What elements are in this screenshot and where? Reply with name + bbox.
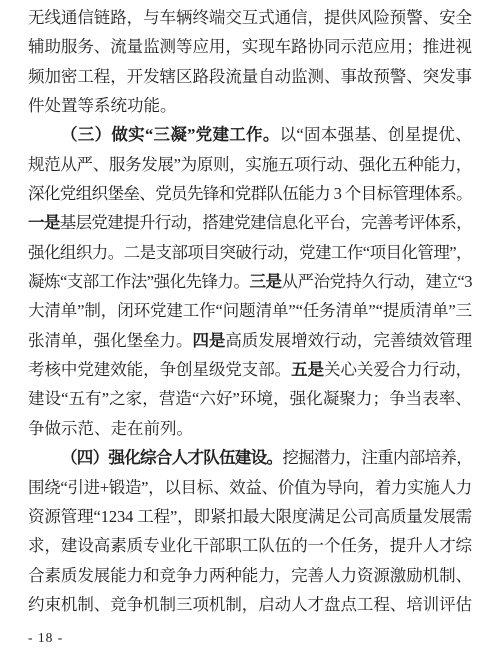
- text-line: （四）强化综合人才队伍建设。挖掘潜力，注重内部培养，: [28, 443, 472, 472]
- page-number-label: - 18 -: [28, 630, 63, 646]
- text-line: 无线通信链路，与车辆终端交互式通信，提供风险预警、安全: [28, 3, 472, 32]
- text-line: 围绕“引进+锻造”，以目标、效益、价值为导向，着力实施人力: [28, 473, 472, 502]
- text-line: 件处置等系统功能。: [28, 91, 472, 120]
- text-run: 围绕“引进+锻造”，以目标、效益、价值为导向，着力实施人力: [28, 478, 472, 497]
- text-run: 张清单，强化堡垒力。: [28, 331, 192, 350]
- text-run: 考核中党建效能，争创星级党支部。: [28, 360, 291, 379]
- text-line: 凝炼“支部工作法”强化先锋力。三是从严治党持久行动，建立“3: [28, 267, 472, 296]
- text-run: 挖掘潜力，注重内部培养，: [282, 448, 472, 467]
- text-line-content: 资源管理“1234 工程”，即紧扣最大限度满足公司高质量发展需: [28, 502, 472, 531]
- text-run: 强化组织力。二是支部项目突破行动，党建工作“项目化管理”，: [28, 243, 472, 262]
- text-line-content: 频加密工程，开发辖区路段流量自动监测、事故预警、突发事: [28, 62, 472, 91]
- bold-text-run: （三）做实“三凝”党建工作。: [61, 125, 280, 144]
- text-line: 考核中党建效能，争创星级党支部。五是关心关爱合力行动，: [28, 355, 472, 384]
- text-run: 关心关爱合力行动，: [324, 360, 472, 379]
- bold-text-run: 一是: [28, 213, 60, 232]
- text-line-content: 深化党组织堡垒、党员先锋和党群队伍能力 3 个目标管理体系。: [28, 179, 472, 208]
- bold-text-run: 五是: [291, 360, 324, 379]
- text-run: 合素质发展能力和竞争力两种能力，完善人力资源激励机制、: [28, 566, 472, 585]
- text-line: 求，建设高素质专业化干部职工队伍的一个任务，提升人才综: [28, 531, 472, 560]
- text-line: 张清单，强化堡垒力。四是高质发展增效行动，完善绩效管理: [28, 326, 472, 355]
- text-line: 争做示范、走在前列。: [28, 414, 472, 443]
- document-body: 无线通信链路，与车辆终端交互式通信，提供风险预警、安全辅助服务、流量监测等应用，…: [28, 3, 472, 619]
- text-line-content: 考核中党建效能，争创星级党支部。五是关心关爱合力行动，: [28, 355, 472, 384]
- bold-text-run: 三是: [250, 272, 282, 291]
- text-run: 深化党组织堡垒、党员先锋和党群队伍能力 3 个目标管理体系。: [28, 184, 472, 203]
- text-line: 强化组织力。二是支部项目突破行动，党建工作“项目化管理”，: [28, 238, 472, 267]
- text-line-content: 围绕“引进+锻造”，以目标、效益、价值为导向，着力实施人力: [28, 473, 472, 502]
- text-run: 建设“五有”之家，营造“六好”环境，强化凝聚力；争当表率、: [28, 389, 472, 408]
- text-line: 约束机制、竞争机制三项机制，启动人才盘点工程、培训评估: [28, 590, 472, 619]
- text-run: 从严治党持久行动，建立“3: [282, 272, 472, 291]
- text-line: 辅助服务、流量监测等应用，实现车路协同示范应用；推进视: [28, 32, 472, 61]
- bold-text-run: 四是: [192, 331, 225, 350]
- text-run: 资源管理“1234 工程”，即紧扣最大限度满足公司高质量发展需: [28, 507, 472, 526]
- text-run: 大清单”制，闭环党建工作“问题清单”“任务清单”“提质清单”三: [28, 301, 472, 320]
- text-line-content: 无线通信链路，与车辆终端交互式通信，提供风险预警、安全: [28, 3, 472, 32]
- text-run: 件处置等系统功能。: [28, 96, 177, 115]
- text-line: 深化党组织堡垒、党员先锋和党群队伍能力 3 个目标管理体系。: [28, 179, 472, 208]
- text-line-content: （四）强化综合人才队伍建设。挖掘潜力，注重内部培养，: [61, 443, 472, 472]
- text-line: 频加密工程，开发辖区路段流量自动监测、事故预警、突发事: [28, 62, 472, 91]
- text-run: 求，建设高素质专业化干部职工队伍的一个任务，提升人才综: [28, 536, 472, 555]
- text-run: 凝炼“支部工作法”强化先锋力。: [28, 272, 250, 291]
- text-run: 以“固本强基、创星提优、: [280, 125, 472, 144]
- text-line-content: 约束机制、竞争机制三项机制，启动人才盘点工程、培训评估: [28, 590, 472, 619]
- text-line: 资源管理“1234 工程”，即紧扣最大限度满足公司高质量发展需: [28, 502, 472, 531]
- text-run: 高质发展增效行动，完善绩效管理: [225, 331, 472, 350]
- text-line-content: 建设“五有”之家，营造“六好”环境，强化凝聚力；争当表率、: [28, 384, 472, 413]
- text-line-content: 大清单”制，闭环党建工作“问题清单”“任务清单”“提质清单”三: [28, 296, 472, 325]
- text-run: 无线通信链路，与车辆终端交互式通信，提供风险预警、安全: [28, 8, 472, 27]
- text-line-content: 件处置等系统功能。: [28, 91, 177, 120]
- bold-text-run: （四）强化综合人才队伍建设。: [61, 448, 282, 467]
- text-run: 争做示范、走在前列。: [28, 419, 193, 438]
- text-line-content: 求，建设高素质专业化干部职工队伍的一个任务，提升人才综: [28, 531, 472, 560]
- text-run: 辅助服务、流量监测等应用，实现车路协同示范应用；推进视: [28, 37, 472, 56]
- text-line-content: 合素质发展能力和竞争力两种能力，完善人力资源激励机制、: [28, 561, 472, 590]
- text-line: 建设“五有”之家，营造“六好”环境，强化凝聚力；争当表率、: [28, 384, 472, 413]
- text-line-content: 争做示范、走在前列。: [28, 414, 193, 443]
- text-line: （三）做实“三凝”党建工作。以“固本强基、创星提优、: [28, 120, 472, 149]
- text-line-content: 强化组织力。二是支部项目突破行动，党建工作“项目化管理”，: [28, 238, 472, 267]
- text-line-content: 凝炼“支部工作法”强化先锋力。三是从严治党持久行动，建立“3: [28, 267, 472, 296]
- text-line: 一是基层党建提升行动，搭建党建信息化平台，完善考评体系，: [28, 208, 472, 237]
- text-run: 基层党建提升行动，搭建党建信息化平台，完善考评体系，: [60, 213, 472, 232]
- text-line-content: 张清单，强化堡垒力。四是高质发展增效行动，完善绩效管理: [28, 326, 472, 355]
- text-run: 规范从严、服务发展”为原则，实施五项行动、强化五种能力，: [28, 155, 472, 174]
- text-line-content: （三）做实“三凝”党建工作。以“固本强基、创星提优、: [61, 120, 472, 149]
- text-line-content: 一是基层党建提升行动，搭建党建信息化平台，完善考评体系，: [28, 208, 472, 237]
- text-line: 大清单”制，闭环党建工作“问题清单”“任务清单”“提质清单”三: [28, 296, 472, 325]
- text-line-content: 规范从严、服务发展”为原则，实施五项行动、强化五种能力，: [28, 150, 472, 179]
- text-line: 合素质发展能力和竞争力两种能力，完善人力资源激励机制、: [28, 561, 472, 590]
- text-line-content: 辅助服务、流量监测等应用，实现车路协同示范应用；推进视: [28, 32, 472, 61]
- text-run: 约束机制、竞争机制三项机制，启动人才盘点工程、培训评估: [28, 595, 472, 614]
- document-page: 无线通信链路，与车辆终端交互式通信，提供风险预警、安全辅助服务、流量监测等应用，…: [0, 0, 502, 665]
- text-line: 规范从严、服务发展”为原则，实施五项行动、强化五种能力，: [28, 150, 472, 179]
- text-run: 频加密工程，开发辖区路段流量自动监测、事故预警、突发事: [28, 67, 472, 86]
